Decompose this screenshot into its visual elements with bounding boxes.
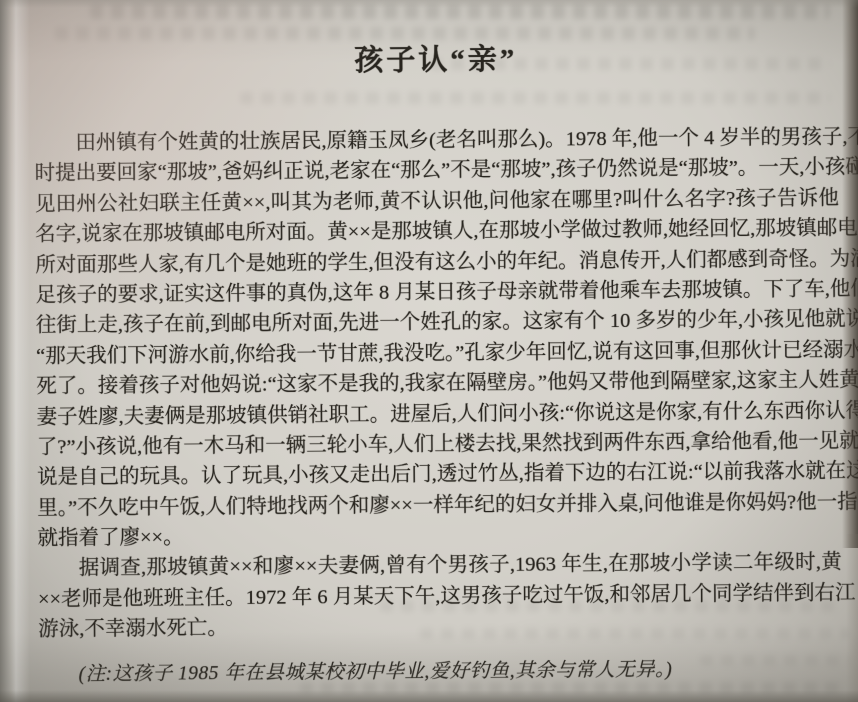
page-left-edge-shadow xyxy=(0,0,30,702)
text-line: 游泳,不幸溺水死亡。 xyxy=(38,608,842,645)
body-text: 田州镇有个姓黄的壮族居民,原籍玉凤乡(老名叫那么)。1978 年,他一个 4 岁… xyxy=(34,122,842,645)
text-line: 里。”不久吃中午饭,人们特地找两个和廖××一样年纪的妇女并排入桌,问他谁是你妈妈… xyxy=(37,487,841,524)
page-title: 孩子认“亲” xyxy=(33,0,838,83)
page-right-edge-fade xyxy=(846,534,858,702)
footnote: (注:这孩子 1985 年在县城某校初中毕业,爱好钓鱼,其余与常人无异。) xyxy=(38,654,842,690)
page-content: 孩子认“亲” 田州镇有个姓黄的壮族居民,原籍玉凤乡(老名叫那么)。1978 年,… xyxy=(33,0,842,690)
book-page-photo: 孩子认“亲” 田州镇有个姓黄的壮族居民,原籍玉凤乡(老名叫那么)。1978 年,… xyxy=(0,0,858,702)
